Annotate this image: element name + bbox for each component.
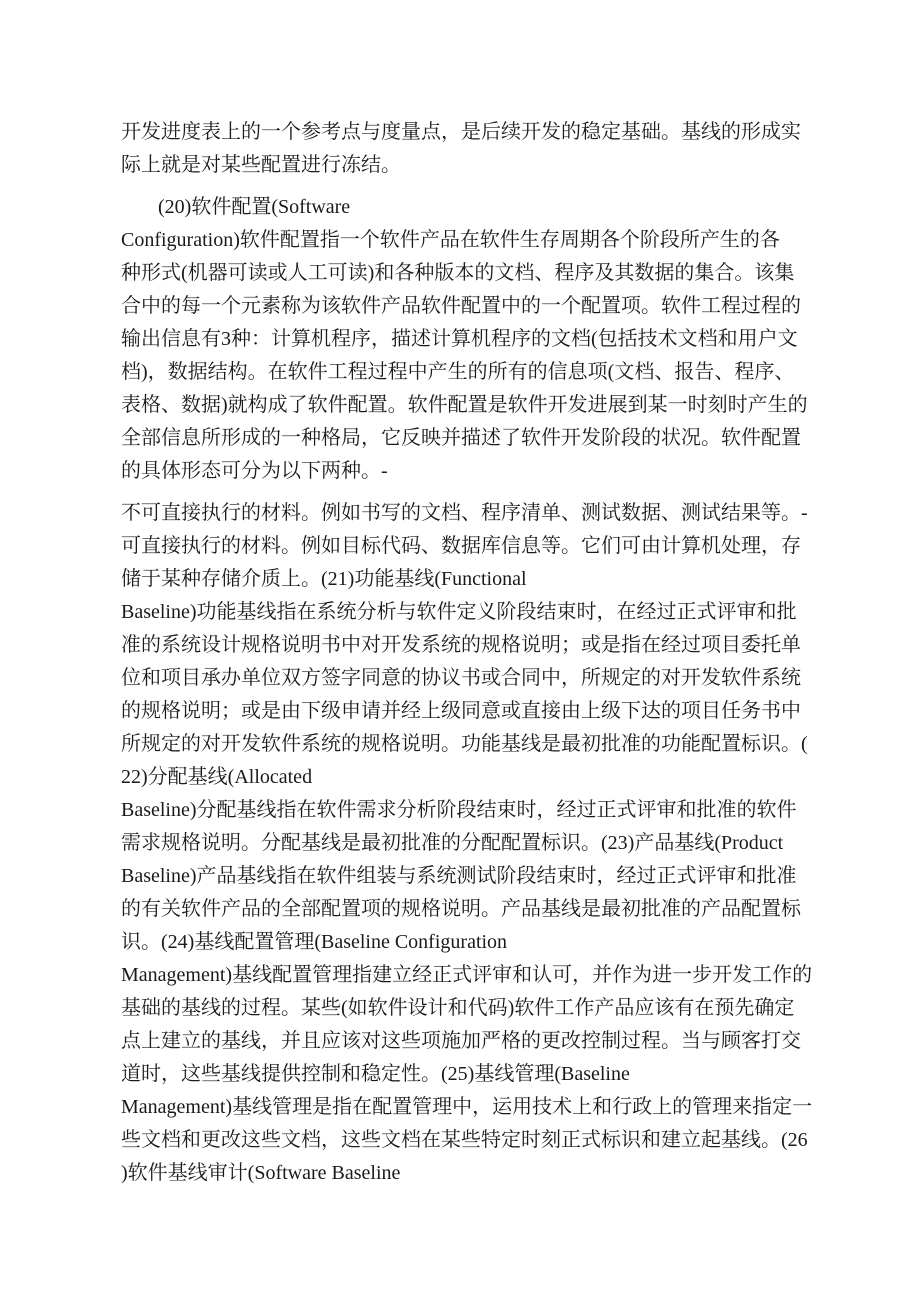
- text-line: 可直接执行的材料。例如目标代码、数据库信息等。它们可由计算机处理，存: [121, 530, 846, 563]
- text-line: 全部信息所形成的一种格局，它反映并描述了软件开发阶段的状况。软件配置: [121, 422, 846, 455]
- text-line: 所规定的对开发软件系统的规格说明。功能基线是最初批准的功能配置标识。(: [121, 728, 846, 761]
- text-line: 合中的每一个元素称为该软件产品软件配置中的一个配置项。软件工程过程的: [121, 290, 846, 323]
- text-line: 位和项目承办单位双方签字同意的协议书或合同中，所规定的对开发软件系统: [121, 662, 846, 695]
- text-line: 储于某种存储介质上。(21)功能基线(Functional: [121, 563, 846, 596]
- text-line: )软件基线审计(Software Baseline: [121, 1157, 846, 1190]
- document-page: 开发进度表上的一个参考点与度量点，是后续开发的稳定基础。基线的形成实际上就是对某…: [0, 0, 920, 1302]
- text-line: Configuration)软件配置指一个软件产品在软件生存周期各个阶段所产生的…: [121, 224, 846, 257]
- text-line: 道时，这些基线提供控制和稳定性。(25)基线管理(Baseline: [121, 1058, 846, 1091]
- text-line: (20)软件配置(Software: [121, 191, 846, 224]
- text-line: Management)基线管理是指在配置管理中，运用技术上和行政上的管理来指定一: [121, 1091, 846, 1124]
- text-line: Baseline)产品基线指在软件组装与系统测试阶段结束时，经过正式评审和批准: [121, 860, 846, 893]
- text-line: 的规格说明；或是由下级申请并经上级同意或直接由上级下达的项目任务书中: [121, 695, 846, 728]
- text-line: 的具体形态可分为以下两种。-: [121, 455, 846, 488]
- text-line: 识。(24)基线配置管理(Baseline Configuration: [121, 926, 846, 959]
- text-line: 基础的基线的过程。某些(如软件设计和代码)软件工作产品应该有在预先确定: [121, 992, 846, 1025]
- text-line: 需求规格说明。分配基线是最初批准的分配配置标识。(23)产品基线(Product: [121, 827, 846, 860]
- text-line: Management)基线配置管理指建立经正式评审和认可，并作为进一步开发工作的: [121, 959, 846, 992]
- text-line: 些文档和更改这些文档，这些文档在某些特定时刻正式标识和建立起基线。(26: [121, 1124, 846, 1157]
- text-line: 档)，数据结构。在软件工程过程中产生的所有的信息项(文档、报告、程序、: [121, 356, 846, 389]
- text-line: 表格、数据)就构成了软件配置。软件配置是软件开发进展到某一时刻时产生的: [121, 389, 846, 422]
- text-line: 点上建立的基线，并且应该对这些项施加严格的更改控制过程。当与顾客打交: [121, 1025, 846, 1058]
- text-line: Baseline)功能基线指在系统分析与软件定义阶段结束时，在经过正式评审和批: [121, 596, 846, 629]
- text-line: 输出信息有3种：计算机程序，描述计算机程序的文档(包括技术文档和用户文: [121, 323, 846, 356]
- document-text-block: 开发进度表上的一个参考点与度量点，是后续开发的稳定基础。基线的形成实际上就是对某…: [121, 116, 846, 1190]
- text-line: 种形式(机器可读或人工可读)和各种版本的文档、程序及其数据的集合。该集: [121, 257, 846, 290]
- text-line: Baseline)分配基线指在软件需求分析阶段结束时，经过正式评审和批准的软件: [121, 794, 846, 827]
- text-line: 的有关软件产品的全部配置项的规格说明。产品基线是最初批准的产品配置标: [121, 893, 846, 926]
- text-line: 际上就是对某些配置进行冻结。: [121, 149, 846, 182]
- text-line: 准的系统设计规格说明书中对开发系统的规格说明；或是指在经过项目委托单: [121, 629, 846, 662]
- text-line: 开发进度表上的一个参考点与度量点，是后续开发的稳定基础。基线的形成实: [121, 116, 846, 149]
- text-line: 22)分配基线(Allocated: [121, 761, 846, 794]
- text-line: 不可直接执行的材料。例如书写的文档、程序清单、测试数据、测试结果等。-: [121, 497, 846, 530]
